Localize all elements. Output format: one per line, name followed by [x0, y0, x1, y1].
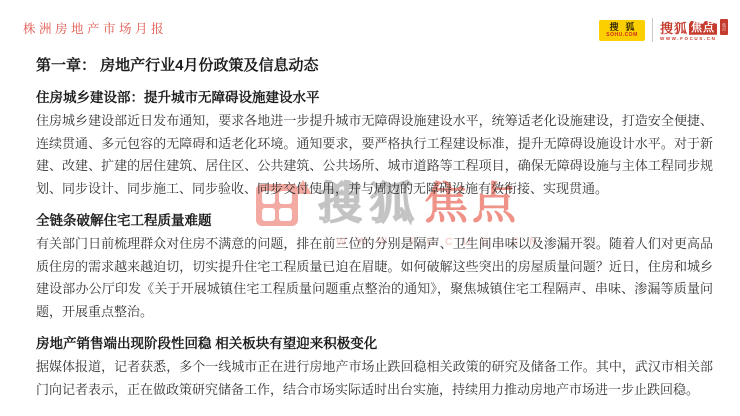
report-page: 株洲房地产市场月报 搜狐 SOHU.COM 搜狐 焦点 焦点 WWW.FOCUS…: [0, 0, 740, 416]
section-accessibility-policy: 住房城乡建设部：提升城市无障碍设施建设水平 住房城乡建设部近日发布通知，要求各地…: [36, 89, 713, 200]
focus-seal-icon: 焦点: [720, 19, 728, 35]
section-housing-quality: 全链条破解住宅工程质量难题 有关部门日前梳理群众对住房不满意的问题，排在前三位的…: [36, 212, 713, 323]
sohu-logo-text: 搜狐: [602, 23, 641, 32]
report-title: 株洲房地产市场月报: [23, 19, 167, 37]
section-heading: 房地产销售端出现阶段性回稳 相关板块有望迎来积极变化: [36, 335, 713, 353]
section-heading: 全链条破解住宅工程质量难题: [36, 212, 713, 230]
logo-bar: 搜狐 SOHU.COM 搜狐 焦点 焦点 WWW.FOCUS.CN: [599, 15, 728, 45]
sohu-focus-logo-domain: WWW.FOCUS.CN: [660, 37, 728, 42]
house-icon: 焦点: [689, 21, 717, 35]
sohu-logo: 搜狐 SOHU.COM: [599, 20, 645, 41]
logo-divider: [652, 18, 653, 42]
sohu-focus-logo-prefix: 搜狐: [660, 22, 688, 35]
section-body: 据媒体报道，记者获悉，多个一线城市正在进行房地产市场止跌回稳相关政策的研究及储备…: [36, 356, 713, 401]
chapter-title: 第一章： 房地产行业4月份政策及信息动态: [36, 54, 319, 75]
section-body: 住房城乡建设部近日发布通知，要求各地进一步提升城市无障碍设施建设水平，统筹适老化…: [36, 110, 713, 200]
sohu-focus-logo: 搜狐 焦点 焦点 WWW.FOCUS.CN: [660, 19, 728, 42]
section-body: 有关部门日前梳理群众对住房不满意的问题，排在前三位的分别是隔声、卫生间串味以及渗…: [36, 233, 713, 323]
article-content: 住房城乡建设部：提升城市无障碍设施建设水平 住房城乡建设部近日发布通知，要求各地…: [36, 89, 713, 413]
sohu-focus-logo-row: 搜狐 焦点 焦点: [660, 19, 728, 35]
sohu-logo-domain: SOHU.COM: [606, 33, 638, 38]
section-heading: 住房城乡建设部：提升城市无障碍设施建设水平: [36, 89, 713, 107]
section-sales-recovery: 房地产销售端出现阶段性回稳 相关板块有望迎来积极变化 据媒体报道，记者获悉，多个…: [36, 335, 713, 401]
